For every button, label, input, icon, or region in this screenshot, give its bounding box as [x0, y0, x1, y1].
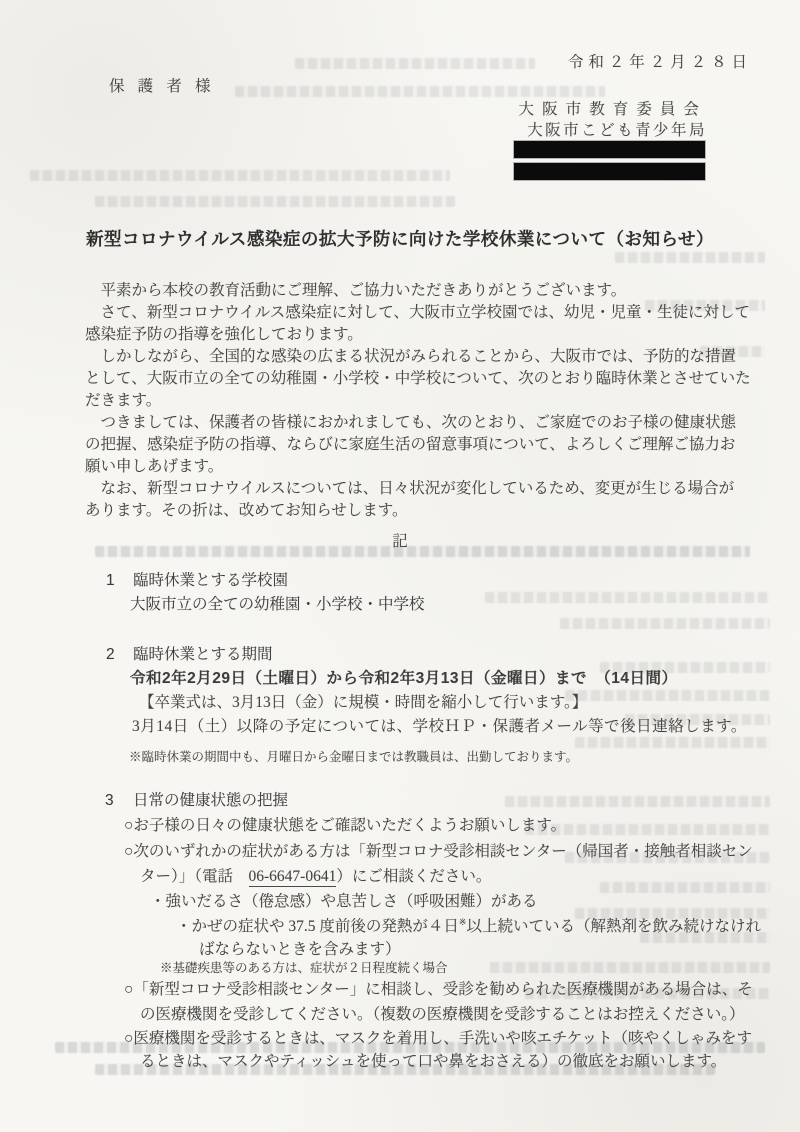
- scanned-letter-page: 令和２年２月２８日 保護者様 大阪市教育委員会 大阪市こども青少年局 新型コロナ…: [0, 0, 800, 1132]
- bleedthrough-artifact: [490, 962, 770, 973]
- phone-number: 06-6647-0641: [249, 868, 337, 887]
- phone-line-suffix: ）にご相談ください。: [336, 868, 491, 885]
- symptom-bullet-1: ・強いだるさ（倦怠感）や息苦しさ（呼吸困難）がある: [150, 892, 538, 911]
- health-item-2-line2: ター）」（電話 06-6647-0641）にご相談ください。: [140, 867, 491, 886]
- bleedthrough-artifact: [560, 618, 770, 629]
- redaction-bar-2: [514, 163, 705, 180]
- section-2-graduation-line: 【卒業式は、3月13日（金）に規模・時間を縮小して行います。】: [139, 693, 587, 712]
- phone-line-prefix: ター）」（電話: [140, 868, 249, 885]
- recipient-name: 保護者様: [109, 77, 224, 96]
- body-line: あります。その折は、改めてお知らせします。: [85, 501, 408, 520]
- section-2-period-line: 令和2年2月29日（土曜日）から令和2年3月13日（金曜日）まで （14日間）: [130, 669, 677, 688]
- consult-item-line2: の医療機関を受診してください。（複数の医療機関を受診することはお控えください。）: [140, 1005, 745, 1024]
- record-mark: 記: [0, 532, 800, 551]
- body-line: の把握、感染症予防の指導、ならびに家庭生活の留意事項について、よろしくご理解ご協…: [85, 435, 735, 454]
- body-line: さて、新型コロナウイルス感染症に対して、大阪市立学校園では、幼児・児童・生徒に対…: [85, 303, 750, 322]
- mask-item-line1: ○医療機関を受診するときは、マスクを着用し、手洗いや咳エチケット（咳やくしゃみを…: [124, 1029, 752, 1048]
- section-1-content: 大阪市立の全ての幼稚園・小学校・中学校: [130, 595, 425, 614]
- symptom-bullet-2-line1: ・かぜの症状や 37.5 度前後の発熱が４日※以上続いている（解熱剤を飲み続けな…: [176, 917, 761, 936]
- bleedthrough-artifact: [235, 86, 605, 97]
- body-line: 感染症予防の指導を強化しております。: [85, 325, 363, 344]
- section-1-heading: 臨時休業とする学校園: [133, 571, 288, 590]
- health-item-1: ○お子様の日々の健康状態をご確認いただくようお願いします。: [124, 816, 566, 835]
- condition-note: ※基礎疾患等のある方は、症状が２日程度続く場合: [160, 961, 448, 977]
- redaction-bar-1: [514, 141, 705, 158]
- bullet2-text-pre: ・かぜの症状や 37.5 度前後の発熱が４日: [176, 918, 459, 935]
- mask-item-line2: るときは、マスクやティッシュを使って口や鼻をおさえる）の徹底をお願いします。: [140, 1052, 726, 1071]
- bleedthrough-artifact: [485, 592, 770, 603]
- section-3-number: 3: [105, 791, 114, 810]
- sender-org-line2: 大阪市こども青少年局: [527, 121, 707, 140]
- bleedthrough-artifact: [575, 737, 770, 748]
- body-line: しかしながら、全国的な感染の広まる状況がみられることから、大阪市では、予防的な措…: [85, 347, 736, 366]
- body-line: 願い申しあげます。: [85, 457, 223, 476]
- section-1-number: 1: [106, 571, 115, 590]
- section-2-number: 2: [106, 645, 115, 664]
- document-title: 新型コロナウイルス感染症の拡大予防に向けた学校休業について（お知らせ）: [0, 229, 800, 251]
- bleedthrough-artifact: [615, 252, 765, 263]
- body-line: なお、新型コロナウイルスについては、日々状況が変化しているため、変更が生じる場合…: [85, 479, 734, 498]
- bleedthrough-artifact: [600, 882, 770, 893]
- bleedthrough-artifact: [505, 796, 770, 807]
- date-line: 令和２年２月２８日: [568, 53, 752, 72]
- body-line: つきましては、保護者の皆様におかれましても、次のとおり、ご家庭でのお子様の健康状…: [85, 413, 736, 432]
- bleedthrough-artifact: [295, 58, 535, 69]
- section-2-followup-line: 3月14日（土）以降の予定については、学校ＨＰ・保護者メール等で後日連絡します。: [132, 717, 747, 736]
- bleedthrough-artifact: [565, 690, 770, 701]
- body-line: として、大阪市立の全ての幼稚園・小学校・中学校について、次のとおり臨時休業とさせ…: [85, 369, 751, 388]
- bleedthrough-artifact: [95, 196, 455, 207]
- consult-item-line1: ○「新型コロナ受診相談センター」に相談し、受診を勧められた医療機関がある場合は、…: [124, 980, 753, 999]
- section-3-heading: 日常の健康状態の把握: [133, 791, 288, 810]
- body-line: だきます。: [85, 391, 161, 410]
- sender-org-line1: 大阪市教育委員会: [519, 100, 707, 119]
- body-line: 平素から本校の教育活動にご理解、ご協力いただきありがとうございます。: [85, 281, 626, 300]
- section-2-staff-note: ※臨時休業の期間中も、月曜日から金曜日までは教職員は、出勤しております。: [129, 750, 578, 766]
- section-2-heading: 臨時休業とする期間: [133, 645, 273, 664]
- bleedthrough-artifact: [30, 170, 450, 181]
- health-item-2-line1: ○次のいずれかの症状がある方は「新型コロナ受診相談センター（帰国者・接触者相談セ…: [124, 842, 753, 861]
- symptom-bullet-2-line2: ばならないときを含みます）: [199, 940, 401, 959]
- bullet2-text-post: 以上続いている（解熱剤を飲み続けなけれ: [466, 918, 761, 935]
